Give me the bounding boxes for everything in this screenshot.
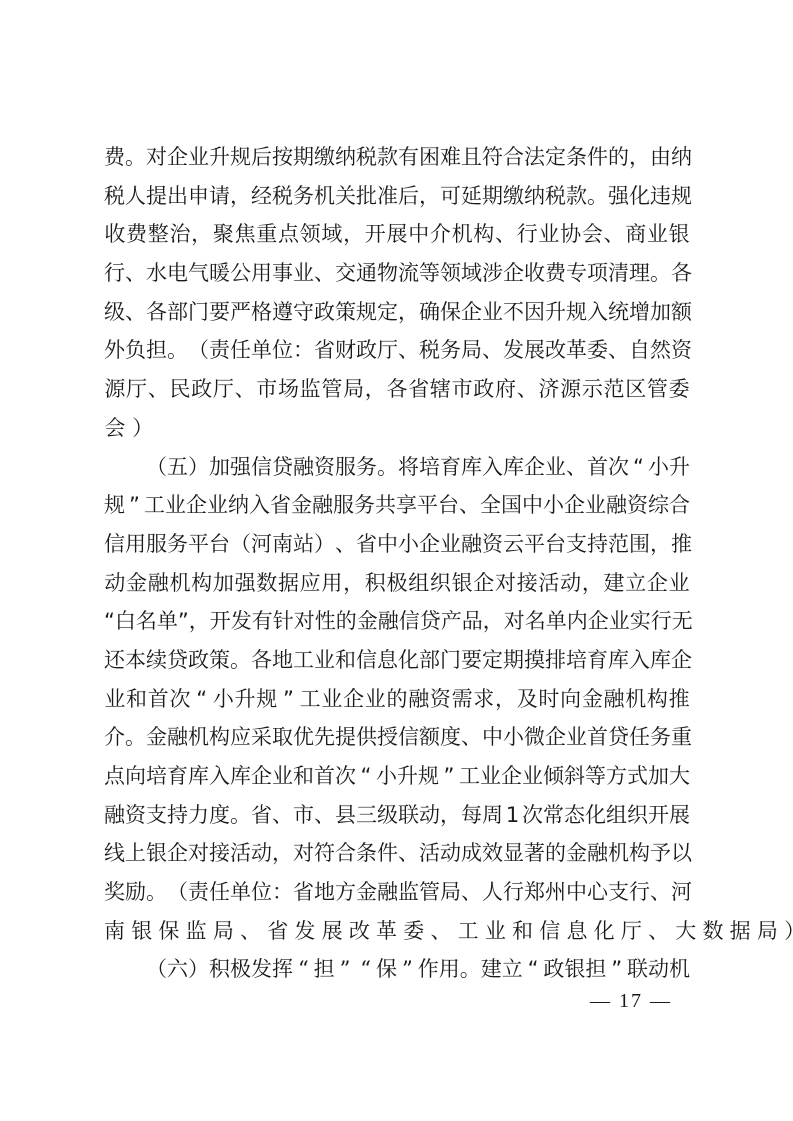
text-line: 融资支持力度。省、市、县三级联动，每周1次常态化组织开展 <box>104 796 690 835</box>
text-line: 南银保监局、省发展改革委、工业和信息化厅、大数据局） <box>104 912 690 951</box>
text-line: 税人提出申请，经税务机关批准后，可延期缴纳税款。强化违规 <box>104 177 690 216</box>
text-line: 源厅、民政厅、市场监管局，各省辖市政府、济源示范区管委 <box>104 370 690 409</box>
page-number: — 17 — <box>590 990 672 1013</box>
text-line: 级、各部门要严格遵守政策规定，确保企业不因升规入统增加额 <box>104 293 690 332</box>
section-heading-line: （五）加强信贷融资服务。将培育库入库企业、首次“小升 <box>104 448 690 487</box>
text-line: 还本续贷政策。各地工业和信息化部门要定期摸排培育库入库企 <box>104 641 690 680</box>
text-line: 行、水电气暖公用事业、交通物流等领域涉企收费专项清理。各 <box>104 254 690 293</box>
text-line: 奖励。（责任单位：省地方金融监管局、人行郑州中心支行、河 <box>104 873 690 912</box>
text-line: 点向培育库入库企业和首次“小升规”工业企业倾斜等方式加大 <box>104 757 690 796</box>
text-line: 线上银企对接活动，对符合条件、活动成效显著的金融机构予以 <box>104 834 690 873</box>
text-line: 信用服务平台（河南站）、省中小企业融资云平台支持范围，推 <box>104 525 690 564</box>
text-line: 介。金融机构应采取优先提供授信额度、中小微企业首贷任务重 <box>104 718 690 757</box>
document-page: 费。对企业升规后按期缴纳税款有困难且符合法定条件的，由纳税人提出申请，经税务机关… <box>104 138 694 989</box>
text-line: 外负担。（责任单位：省财政厅、税务局、发展改革委、自然资 <box>104 331 690 370</box>
text-line: 费。对企业升规后按期缴纳税款有困难且符合法定条件的，由纳 <box>104 138 690 177</box>
document-body: 费。对企业升规后按期缴纳税款有困难且符合法定条件的，由纳税人提出申请，经税务机关… <box>104 138 694 989</box>
text-line: 会） <box>104 409 690 448</box>
text-line: 规”工业企业纳入省金融服务共享平台、全国中小企业融资综合 <box>104 486 690 525</box>
text-line: 收费整治，聚焦重点领域，开展中介机构、行业协会、商业银 <box>104 215 690 254</box>
text-line: “白名单”，开发有针对性的金融信贷产品，对名单内企业实行无 <box>104 602 690 641</box>
text-line: 业和首次“小升规”工业企业的融资需求，及时向金融机构推 <box>104 680 690 719</box>
text-line: 动金融机构加强数据应用，积极组织银企对接活动，建立企业 <box>104 564 690 603</box>
section-heading-line: （六）积极发挥“担”“保”作用。建立“政银担”联动机 <box>104 950 690 989</box>
